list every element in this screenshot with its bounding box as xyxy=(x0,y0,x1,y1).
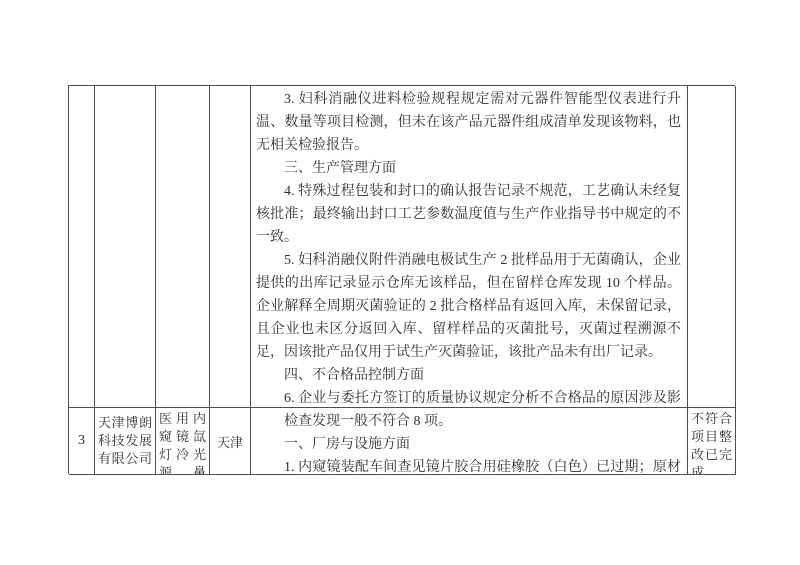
finding-section-heading: 三、生产管理方面 xyxy=(256,157,681,180)
table-cell-findings: 3. 妇科消融仪进料检验规程规定需对元器件智能型仪表进行升温、数量等项目检测，但… xyxy=(251,86,688,408)
table-cell-seq: 3 xyxy=(69,408,95,475)
region-value: 天津 xyxy=(217,432,243,451)
seq-value: 3 xyxy=(78,433,85,449)
finding-paragraph: 4. 特殊过程包装和封口的确认报告记录不规范，工艺确认未经复核批准；最终输出封口… xyxy=(256,180,681,249)
table-cell-status: 不符合项目整改已完成 xyxy=(688,408,736,475)
finding-section-heading: 四、不合格品控制方面 xyxy=(256,364,681,387)
document-page: 3. 妇科消融仪进料检验规程规定需对元器件智能型仪表进行升温、数量等项目检测，但… xyxy=(0,0,800,565)
table-cell-findings: 检查发现一般不符合 8 项。 一、厂房与设施方面 1. 内窥镜装配车间查见镜片胶… xyxy=(251,408,688,475)
product-value: 医用内窥镜氙灯冷光源、鼻窦 xyxy=(159,411,206,475)
finding-section-heading: 一、厂房与设施方面 xyxy=(256,433,681,456)
finding-paragraph: 检查发现一般不符合 8 项。 xyxy=(256,410,681,433)
table-cell-region xyxy=(210,86,251,408)
finding-paragraph: 5. 妇科消融仪附件消融电极试生产 2 批样品用于无菌确认，企业提供的出库记录显… xyxy=(256,249,681,364)
finding-paragraph: 6. 企业与委托方签订的质量协议规定分析不合格品的原因涉及影响到产品安全、有效性… xyxy=(256,387,681,408)
status-value: 不符合项目整改已完成 xyxy=(691,411,732,475)
table-cell-status xyxy=(688,86,736,408)
finding-paragraph: 3. 妇科消融仪进料检验规程规定需对元器件智能型仪表进行升温、数量等项目检测，但… xyxy=(256,88,681,157)
company-value: 天津博朗科技发展有限公司 xyxy=(98,414,152,468)
table-cell-seq xyxy=(69,86,95,408)
table-cell-company: 天津博朗科技发展有限公司 xyxy=(95,408,156,475)
table-cell-product xyxy=(156,86,210,408)
table-cell-product: 医用内窥镜氙灯冷光源、鼻窦 xyxy=(156,408,210,475)
table-cell-company xyxy=(95,86,156,408)
table-cell-region: 天津 xyxy=(210,408,251,475)
finding-paragraph: 1. 内窥镜装配车间查见镜片胶合用硅橡胶（白色）已过期；原材料库中 xyxy=(256,456,681,475)
inspection-table: 3. 妇科消融仪进料检验规程规定需对元器件智能型仪表进行升温、数量等项目检测，但… xyxy=(68,85,735,474)
